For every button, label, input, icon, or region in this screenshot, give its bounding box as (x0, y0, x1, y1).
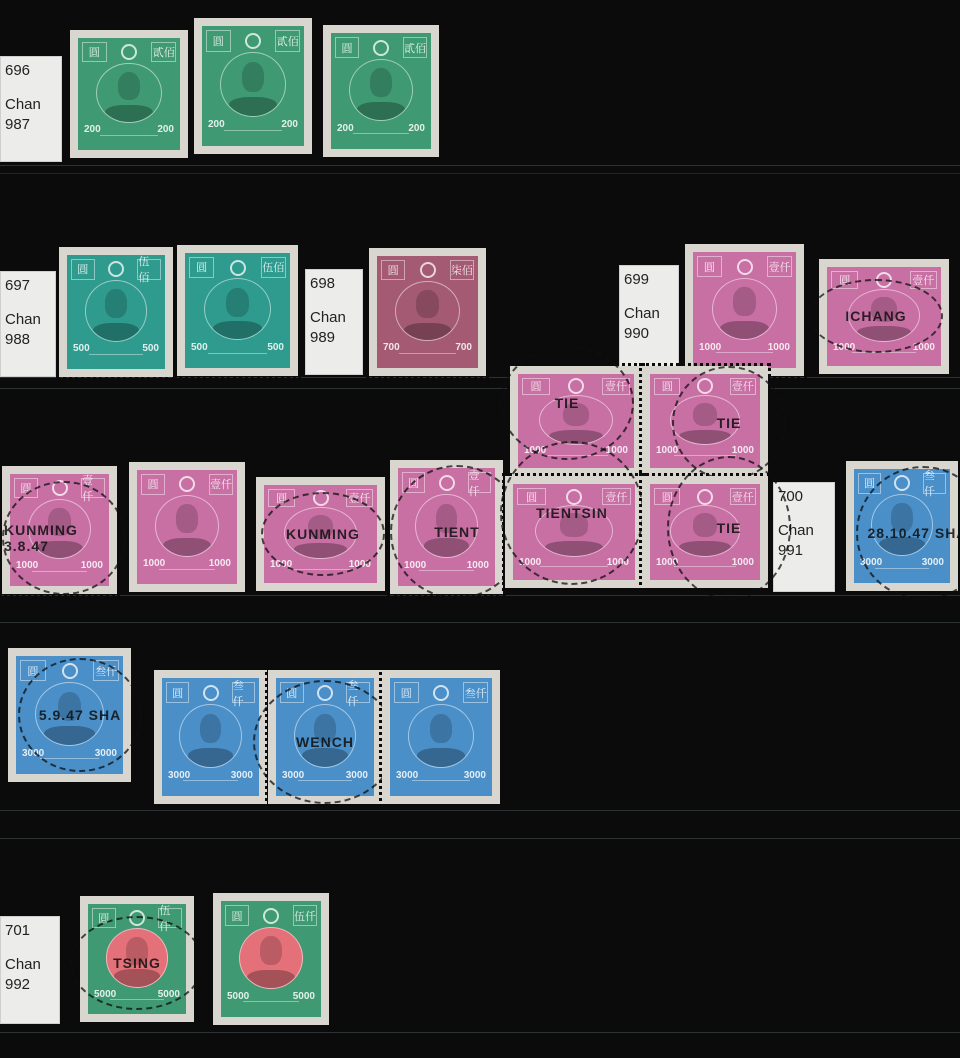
stamp-design: 圓 伍仟 5000 5000 (221, 901, 321, 1017)
sun-emblem-icon (697, 489, 713, 505)
inscription-bar (674, 566, 736, 577)
portrait-head (733, 287, 756, 316)
value-right: 3000 (95, 748, 117, 759)
value-left: 3000 (396, 770, 418, 781)
portrait-body (105, 105, 153, 123)
corner-right: 壹仟 (910, 271, 937, 289)
portrait-head (871, 297, 897, 322)
portrait-oval (155, 495, 219, 557)
stamp-design: 圓 壹仟 1000 1000 (693, 252, 796, 368)
inscription-bar (159, 569, 215, 581)
value-right: 3000 (231, 770, 253, 781)
stamp-top-row: 圓 壹仟 (14, 477, 105, 499)
stamp-top-row: 圓 叁仟 (394, 681, 488, 705)
portrait-head (370, 68, 392, 97)
corner-right: 叁仟 (346, 682, 370, 703)
portrait-head (563, 403, 589, 426)
label-catalog: Chan (5, 311, 41, 328)
value-right: 500 (142, 343, 159, 354)
stamp-design: 圓 伍佰 500 500 (67, 255, 165, 369)
value-left: 1000 (519, 557, 541, 568)
corner-left: 圓 (522, 378, 550, 395)
corner-left: 圓 (280, 682, 304, 703)
value-left: 1000 (699, 342, 721, 353)
corner-left: 圓 (517, 488, 546, 505)
catalog-label: 699 Chan 990 (619, 265, 679, 369)
inscription-bar (419, 570, 473, 583)
portrait-oval (284, 507, 356, 560)
stamp-top-row: 圓 伍仟 (225, 904, 317, 927)
value-left: 200 (208, 119, 225, 130)
inscription-bar (208, 353, 267, 366)
stamp-top-row: 圓 貳佰 (335, 36, 427, 59)
stamp-design: 圓 叁仟 3000 3000 (276, 678, 374, 796)
corner-right: 貳佰 (275, 30, 300, 51)
corner-left: 圓 (82, 42, 107, 62)
stamp-green-red: 圓 伍仟 5000 5000 (213, 893, 329, 1025)
stamp-green: 圓 貳佰 200 200 (194, 18, 312, 154)
label-catalog-number: 991 (778, 542, 803, 559)
value-left: 1000 (16, 560, 38, 571)
value-left: 700 (383, 342, 400, 353)
stamp-top-row: 圓 壹仟 (141, 473, 233, 496)
portrait-body (188, 748, 234, 767)
portrait-body (545, 541, 603, 556)
stamp-design: 圓 伍仟 5000 5000 (88, 904, 186, 1014)
portrait-oval (220, 52, 285, 117)
catalog-label: 696 Chan 987 (0, 56, 62, 162)
portrait-oval (106, 928, 169, 987)
corner-right: 叁仟 (232, 682, 255, 703)
sun-emblem-icon (121, 44, 137, 60)
sun-emblem-icon (737, 259, 753, 275)
portrait-head (436, 504, 458, 534)
sun-emblem-icon (203, 685, 219, 701)
portrait-head (693, 403, 718, 426)
stamp-rose: 圓 壹仟 1000 1000 (129, 462, 245, 592)
label-catalog-number: 990 (624, 325, 649, 342)
portrait-head (105, 289, 127, 318)
corner-left: 圓 (654, 378, 680, 395)
stamp-maroon: 圓 柒佰 700 700 (369, 248, 486, 376)
corner-right: 壹仟 (468, 472, 491, 493)
stamp-design: 圓 叁仟 3000 3000 (162, 678, 259, 796)
catalog-label: 698 Chan 989 (305, 269, 363, 375)
value-left: 1000 (404, 560, 426, 571)
portrait-body (229, 97, 277, 116)
stamp-rose: 圓 壹仟 1000 1000 KUNMING 3.8.47 (2, 466, 117, 594)
portrait-body (294, 543, 347, 558)
portrait-head (48, 508, 70, 536)
portrait-body (679, 430, 731, 445)
corner-right: 壹仟 (81, 478, 105, 498)
corner-right: 壹仟 (602, 488, 631, 505)
corner-left: 圓 (71, 259, 95, 279)
portrait-head (693, 513, 718, 537)
portrait-body (163, 538, 210, 556)
corner-right: 壹仟 (730, 378, 756, 395)
stamp-design: 圓 壹仟 1000 1000 (398, 468, 495, 586)
corner-right: 柒佰 (450, 260, 474, 280)
stamp-design: 圓 伍佰 500 500 (185, 253, 290, 368)
corner-left: 圓 (206, 30, 231, 51)
stamp-design: 圓 叁仟 3000 3000 (390, 678, 492, 796)
value-left: 200 (337, 123, 354, 134)
catalog-label: 701 Chan 992 (0, 916, 60, 1024)
portrait-oval (35, 682, 104, 746)
portrait-oval (848, 289, 921, 342)
inscription-bar (110, 999, 165, 1011)
sun-emblem-icon (697, 378, 713, 394)
stamp-design: 圓 叁仟 3000 3000 (854, 469, 950, 583)
corner-left: 圓 (858, 473, 881, 493)
sun-emblem-icon (245, 33, 261, 49)
stamp-design: 圓 壹仟 1000 1000 (264, 485, 377, 583)
value-right: 200 (408, 123, 425, 134)
stamp-design: 圓 壹仟 1000 1000 (137, 470, 237, 584)
stamp-green: 圓 貳佰 200 200 (70, 30, 188, 158)
stamp-design: 圓 貳佰 200 200 (78, 38, 180, 150)
stamp-top-row: 圓 叁仟 (858, 472, 946, 495)
inscription-bar (875, 568, 929, 580)
strip-rule (0, 1032, 960, 1033)
value-right: 1000 (81, 560, 103, 571)
corner-left: 圓 (14, 478, 38, 498)
strip-rule (0, 622, 960, 623)
portrait-body (93, 323, 139, 341)
sun-emblem-icon (894, 475, 910, 491)
label-number: 696 (5, 61, 57, 81)
portrait-head (416, 290, 439, 318)
corner-left: 圓 (402, 472, 425, 493)
sun-emblem-icon (313, 490, 329, 506)
stamp-top-row: 圓 壹仟 (831, 270, 937, 290)
portrait-head (118, 72, 141, 100)
stamp-top-row: 圓 叁仟 (166, 681, 255, 705)
label-catalog-number: 989 (310, 329, 335, 346)
stamp-top-row: 圓 貳佰 (206, 29, 300, 53)
portrait-oval (670, 395, 740, 446)
inscription-bar (399, 353, 456, 365)
corner-right: 叁仟 (463, 682, 488, 703)
portrait-oval (294, 704, 357, 768)
portrait-head (176, 504, 198, 533)
corner-left: 圓 (268, 489, 295, 507)
portrait-head (891, 503, 912, 532)
sun-emblem-icon (317, 685, 333, 701)
label-number: 700 (778, 487, 830, 507)
portrait-oval (349, 59, 413, 122)
stamp-rose: 圓 壹仟 1000 1000 ICHANG (819, 259, 949, 374)
sun-emblem-icon (439, 475, 455, 491)
corner-left: 圓 (141, 474, 165, 494)
corner-left: 圓 (394, 682, 419, 703)
stamp-top-row: 圓 壹仟 (654, 377, 756, 396)
value-right: 700 (455, 342, 472, 353)
value-left: 500 (191, 342, 208, 353)
portrait-oval (415, 494, 477, 558)
stamp-design: 圓 叁仟 3000 3000 (16, 656, 123, 774)
corner-left: 圓 (697, 256, 722, 277)
portrait-body (424, 538, 470, 557)
stamp-top-row: 圓 叁仟 (20, 659, 119, 683)
value-right: 500 (267, 342, 284, 353)
label-catalog-number: 987 (5, 116, 30, 133)
value-right: 200 (281, 119, 298, 130)
corner-right: 叁仟 (923, 473, 946, 493)
stamp-rose: 圓 壹仟 1000 1000 TIENTSIN (505, 476, 643, 588)
stamp-blue: 圓 叁仟 3000 3000 5.9.47 SHA (8, 648, 131, 782)
portrait-body (36, 541, 83, 559)
strip-rule (0, 165, 960, 166)
portrait-oval (239, 927, 303, 990)
inscription-bar (100, 135, 157, 147)
value-left: 3000 (860, 557, 882, 568)
stamp-green: 圓 貳佰 200 200 (323, 25, 439, 157)
stamp-top-row: 圓 壹仟 (697, 255, 792, 278)
value-right: 3000 (464, 770, 486, 781)
value-right: 1000 (768, 342, 790, 353)
stamp-design: 圓 壹仟 1000 1000 (650, 374, 760, 468)
stamp-blue: 圓 叁仟 3000 3000 (382, 670, 500, 804)
sun-emblem-icon (420, 262, 436, 278)
stamp-rose: 圓 壹仟 1000 1000 TIE (642, 366, 768, 476)
stamp-top-row: 圓 柒佰 (381, 259, 474, 281)
value-left: 3000 (282, 770, 304, 781)
inscription-bar (540, 566, 608, 577)
portrait-oval (712, 278, 778, 341)
inscription-bar (298, 780, 353, 793)
corner-right: 壹仟 (602, 378, 630, 395)
portrait-head (314, 714, 336, 744)
inscription-bar (852, 352, 916, 363)
stamp-top-row: 圓 壹仟 (522, 377, 630, 396)
label-number: 697 (5, 276, 51, 296)
portrait-body (44, 726, 95, 745)
corner-right: 伍仟 (158, 908, 182, 928)
sun-emblem-icon (129, 910, 145, 926)
label-catalog: Chan (624, 305, 660, 322)
sun-emblem-icon (52, 480, 68, 496)
value-right: 3000 (922, 557, 944, 568)
value-left: 1000 (143, 558, 165, 569)
portrait-body (114, 969, 160, 986)
portrait-head (200, 714, 222, 744)
corner-right: 貳佰 (151, 42, 176, 62)
portrait-head (126, 937, 148, 965)
portrait-head (242, 62, 265, 92)
inscription-bar (40, 758, 100, 771)
stamp-top-row: 圓 伍仟 (92, 907, 182, 929)
portrait-oval (85, 280, 148, 342)
portrait-oval (179, 704, 241, 768)
portrait-oval (408, 704, 473, 768)
stamp-rose: 圓 壹仟 1000 1000 TIENT (390, 460, 503, 594)
sun-emblem-icon (230, 260, 246, 276)
corner-right: 伍佰 (261, 257, 286, 277)
sun-emblem-icon (566, 489, 582, 505)
inscription-bar (289, 569, 352, 580)
portrait-oval (395, 281, 460, 342)
portrait-oval (670, 505, 740, 557)
value-right: 5000 (293, 991, 315, 1002)
stamp-top-row: 圓 壹仟 (402, 471, 491, 495)
stamp-rose: 圓 壹仟 1000 1000 TIE (642, 476, 768, 588)
corner-right: 壹仟 (767, 256, 792, 277)
corner-right: 貳佰 (403, 37, 427, 58)
portrait-head (430, 714, 453, 744)
portrait-head (58, 692, 82, 722)
inscription-bar (243, 1001, 299, 1014)
portrait-oval (539, 395, 613, 446)
portrait-body (879, 537, 924, 555)
stamp-blue: 圓 叁仟 3000 3000 (154, 670, 267, 804)
stamp-design: 圓 壹仟 1000 1000 (513, 484, 635, 580)
stamp-teal: 圓 伍佰 500 500 (177, 245, 298, 376)
inscription-bar (674, 455, 736, 465)
corner-right: 壹仟 (209, 474, 233, 494)
portrait-head (260, 936, 282, 965)
value-right: 1000 (606, 445, 628, 456)
label-number: 699 (624, 270, 674, 290)
corner-left: 圓 (166, 682, 189, 703)
sun-emblem-icon (179, 476, 195, 492)
inscription-bar (183, 780, 237, 793)
portrait-oval (204, 278, 271, 340)
inscription-bar (353, 133, 409, 146)
sun-emblem-icon (263, 908, 279, 924)
corner-left: 圓 (225, 905, 249, 926)
sun-emblem-icon (62, 663, 78, 679)
stamp-design: 圓 壹仟 1000 1000 (650, 484, 760, 580)
corner-left: 圓 (335, 37, 359, 58)
value-left: 3000 (168, 770, 190, 781)
label-catalog: Chan (5, 956, 41, 973)
inscription-bar (544, 455, 609, 465)
stamp-top-row: 圓 壹仟 (268, 488, 373, 508)
portrait-head (308, 515, 333, 539)
stamp-blue: 圓 叁仟 3000 3000 WENCH (268, 670, 382, 804)
stamp-top-row: 圓 壹仟 (517, 487, 631, 506)
corner-left: 圓 (831, 271, 858, 289)
corner-left: 圓 (20, 660, 46, 681)
value-right: 3000 (346, 770, 368, 781)
sun-emblem-icon (108, 261, 124, 277)
strip-rule (0, 810, 960, 811)
stamp-design: 圓 壹仟 1000 1000 (827, 267, 941, 366)
inscription-bar (89, 354, 144, 366)
stamp-top-row: 圓 貳佰 (82, 41, 176, 63)
value-left: 5000 (227, 991, 249, 1002)
sun-emblem-icon (373, 40, 389, 56)
stamp-green-red: 圓 伍仟 5000 5000 TSING (80, 896, 194, 1022)
label-catalog: Chan (5, 96, 41, 113)
stamp-top-row: 圓 叁仟 (280, 681, 370, 705)
stamp-top-row: 圓 壹仟 (654, 487, 756, 506)
strip-rule (0, 388, 960, 389)
strip-rule (0, 173, 960, 174)
value-left: 200 (84, 124, 101, 135)
value-right: 1000 (913, 342, 935, 353)
portrait-body (302, 748, 348, 767)
portrait-body (549, 430, 604, 445)
portrait-body (213, 321, 263, 339)
label-catalog: Chan (310, 309, 346, 326)
label-number: 698 (310, 274, 358, 294)
portrait-body (247, 970, 294, 988)
portrait-body (404, 323, 452, 341)
stamp-design: 圓 柒佰 700 700 (377, 256, 478, 368)
portrait-head (226, 288, 250, 317)
stamp-rose: 圓 壹仟 1000 1000 KUNMING (256, 477, 385, 591)
corner-left: 圓 (654, 488, 680, 505)
sun-emblem-icon (433, 685, 449, 701)
value-right: 1000 (209, 558, 231, 569)
stamp-top-row: 圓 伍佰 (189, 256, 286, 279)
stamp-rose: 圓 壹仟 1000 1000 TIE (510, 366, 642, 476)
strip-rule (0, 838, 960, 839)
stamp-rose: 圓 壹仟 1000 1000 (685, 244, 804, 376)
portrait-body (417, 748, 465, 767)
inscription-bar (412, 780, 469, 793)
sun-emblem-icon (568, 378, 584, 394)
inscription-bar (224, 130, 281, 143)
portrait-head (560, 513, 587, 537)
stamp-design: 圓 貳佰 200 200 (331, 33, 431, 149)
corner-right: 叁仟 (93, 660, 119, 681)
value-right: 1000 (607, 557, 629, 568)
portrait-oval (535, 505, 613, 557)
value-right: 1000 (467, 560, 489, 571)
portrait-oval (871, 494, 932, 556)
value-left: 3000 (22, 748, 44, 759)
label-catalog-number: 988 (5, 331, 30, 348)
corner-right: 壹仟 (346, 489, 373, 507)
corner-left: 圓 (189, 257, 214, 277)
portrait-body (720, 321, 769, 339)
stamp-top-row: 圓 伍佰 (71, 258, 161, 281)
stamp-design: 圓 壹仟 1000 1000 (518, 374, 634, 468)
sun-emblem-icon (876, 272, 892, 288)
inscription-bar (716, 352, 774, 365)
corner-left: 圓 (92, 908, 116, 928)
stamp-design: 圓 貳佰 200 200 (202, 26, 304, 146)
portrait-body (679, 541, 731, 556)
corner-right: 伍佰 (137, 259, 161, 279)
value-left: 500 (73, 343, 90, 354)
portrait-body (357, 102, 404, 120)
label-catalog-number: 992 (5, 976, 30, 993)
portrait-oval (96, 63, 161, 124)
value-right: 200 (157, 124, 174, 135)
portrait-body (857, 326, 911, 341)
stamp-design: 圓 壹仟 1000 1000 (10, 474, 109, 586)
corner-right: 壹仟 (730, 488, 756, 505)
strip-rule (0, 377, 960, 378)
label-catalog: Chan (778, 522, 814, 539)
corner-left: 圓 (381, 260, 405, 280)
inscription-bar (32, 571, 87, 583)
stamp-blue: 圓 叁仟 3000 3000 28.10.47 SHAN (846, 461, 958, 591)
catalog-label: 700 Chan 991 (773, 482, 835, 592)
catalog-label: 697 Chan 988 (0, 271, 56, 377)
label-number: 701 (5, 921, 55, 941)
strip-rule (0, 595, 960, 596)
portrait-oval (28, 499, 91, 560)
stamp-teal: 圓 伍佰 500 500 (59, 247, 173, 377)
corner-right: 伍仟 (293, 905, 317, 926)
